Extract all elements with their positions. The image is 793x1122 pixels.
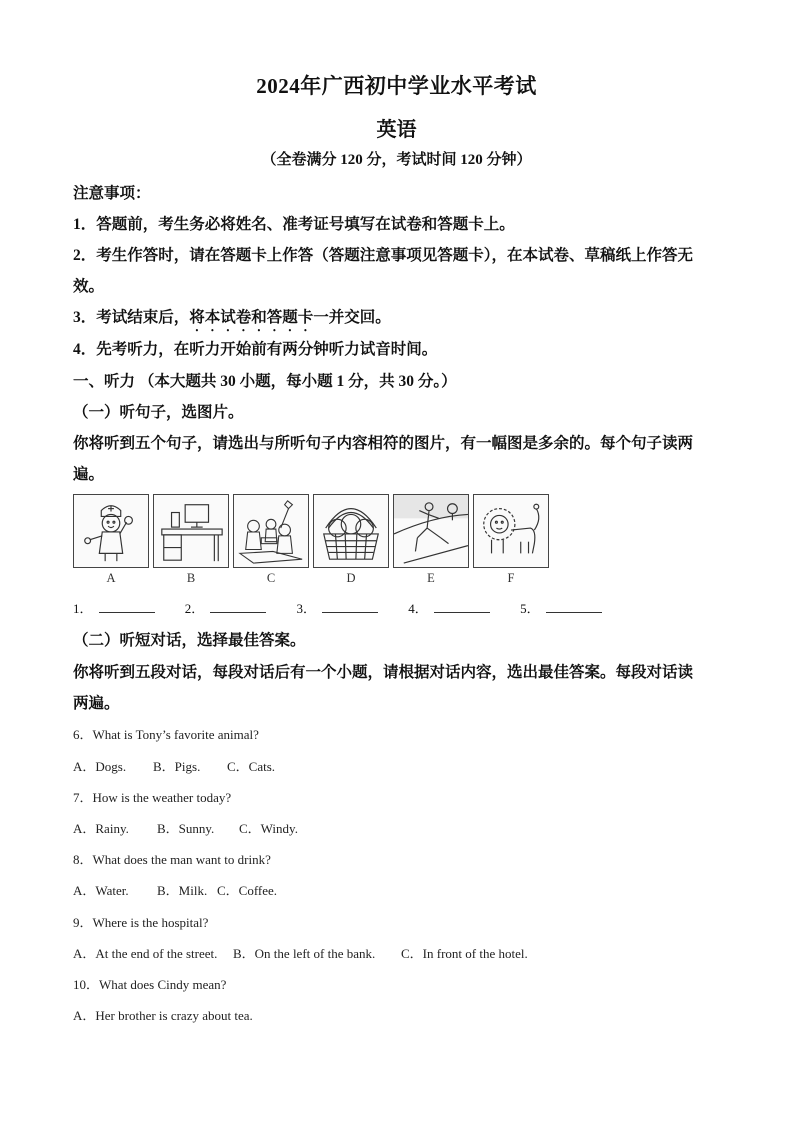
option-8b[interactable]: B．Milk.: [135, 880, 217, 899]
question-7: 7．How is the weather today?: [73, 787, 231, 806]
option-6c[interactable]: C．Cats.: [227, 756, 275, 775]
notice-heading: 注意事项：: [73, 181, 151, 203]
picture-d: [313, 494, 389, 568]
option-10a[interactable]: A．Her brother is crazy about tea.: [73, 1005, 253, 1024]
question-10: 10．What does Cindy mean?: [73, 974, 226, 993]
notice-item-2: 2．考生作答时，请在答题卡上作答（答题注意事项见答题卡），在本试卷、草稿纸上作答…: [73, 243, 693, 265]
option-7c[interactable]: C．Windy.: [239, 818, 298, 837]
question-6-options: A．Dogs.B．Pigs.C．Cats.: [73, 756, 275, 775]
blank-line[interactable]: [434, 600, 490, 613]
part1-heading: （一）听句子，选图片。: [73, 400, 244, 422]
answer-blank-1[interactable]: 1．: [73, 598, 155, 617]
answer-blank-5[interactable]: 5．: [520, 598, 602, 617]
picture-f: [473, 494, 549, 568]
part2-instruction-2: 两遍。: [73, 691, 120, 713]
picture-label-f: F: [473, 571, 549, 586]
answer-blanks: 1． 2． 3． 4． 5．: [73, 598, 629, 617]
answer-blank-4[interactable]: 4．: [408, 598, 490, 617]
notice-item-3: 3．考试结束后，将本试卷和答题卡一并交回。: [73, 305, 391, 335]
picture-label-d: D: [313, 571, 389, 586]
lion-icon: [474, 495, 548, 567]
notice-item-1: 1．答题前，考生务必将姓名、准考证号填写在试卷和答题卡上。: [73, 212, 515, 234]
exam-title: 2024年广西初中学业水平考试: [0, 70, 793, 100]
picture-row: A B C: [73, 494, 553, 586]
picture-label-b: B: [153, 571, 229, 586]
blank-line[interactable]: [210, 600, 266, 613]
part1-instruction-2: 遍。: [73, 462, 104, 484]
option-7b[interactable]: B．Sunny.: [135, 818, 239, 837]
part1-instruction-1: 你将听到五个句子，请选出与所听句子内容相符的图片，有一幅图是多余的。每个句子读两: [73, 431, 693, 453]
question-7-options: A．Rainy.B．Sunny.C．Windy.: [73, 818, 298, 837]
blank-line[interactable]: [99, 600, 155, 613]
exam-subject: 英语: [0, 113, 793, 142]
question-10-options: A．Her brother is crazy about tea.: [73, 1005, 253, 1024]
option-6b[interactable]: B．Pigs.: [131, 756, 227, 775]
exam-subtitle: （全卷满分 120 分，考试时间 120 分钟）: [0, 148, 793, 169]
doctor-icon: [74, 495, 148, 567]
notice-item-2-cont: 效。: [73, 274, 104, 296]
option-9c[interactable]: C．In front of the hotel.: [401, 943, 528, 962]
picture-b: [153, 494, 229, 568]
notice-item-3-a: 3．考试结束后，: [73, 309, 189, 326]
answer-blank-2[interactable]: 2．: [185, 598, 267, 617]
option-6a[interactable]: A．Dogs.: [73, 756, 131, 775]
blank-line[interactable]: [546, 600, 602, 613]
computer-desk-icon: [154, 495, 228, 567]
picture-label-c: C: [233, 571, 309, 586]
option-9a[interactable]: A．At the end of the street.: [73, 943, 233, 962]
part2-heading: （二）听短对话，选择最佳答案。: [73, 628, 306, 650]
option-8a[interactable]: A．Water.: [73, 880, 135, 899]
option-9b[interactable]: B．On the left of the bank.: [233, 943, 401, 962]
picture-label-e: E: [393, 571, 469, 586]
option-7a[interactable]: A．Rainy.: [73, 818, 135, 837]
picture-a: [73, 494, 149, 568]
runner-icon: [394, 495, 468, 567]
answer-blank-3[interactable]: 3．: [297, 598, 379, 617]
option-8c[interactable]: C．Coffee.: [217, 880, 277, 899]
question-9-options: A．At the end of the street.B．On the left…: [73, 943, 528, 962]
section-heading-listening: 一、听力 （本大题共 30 小题，每小题 1 分，共 30 分。）: [73, 369, 457, 391]
picture-label-a: A: [73, 571, 149, 586]
blank-line[interactable]: [322, 600, 378, 613]
notice-item-3-emphasis: 将本试卷和答题卡: [189, 309, 313, 326]
question-9: 9．Where is the hospital?: [73, 912, 208, 931]
fruit-basket-icon: [314, 495, 388, 567]
notice-item-3-b: 一并交回。: [313, 309, 391, 326]
question-6: 6．What is Tony’s favorite animal?: [73, 724, 259, 743]
picnic-icon: [234, 495, 308, 567]
notice-item-4: 4．先考听力，在听力开始前有两分钟听力试音时间。: [73, 337, 437, 359]
picture-e: [393, 494, 469, 568]
question-8: 8．What does the man want to drink?: [73, 849, 271, 868]
picture-c: [233, 494, 309, 568]
question-8-options: A．Water.B．Milk.C．Coffee.: [73, 880, 277, 899]
part2-instruction-1: 你将听到五段对话，每段对话后有一个小题，请根据对话内容，选出最佳答案。每段对话读: [73, 660, 693, 682]
